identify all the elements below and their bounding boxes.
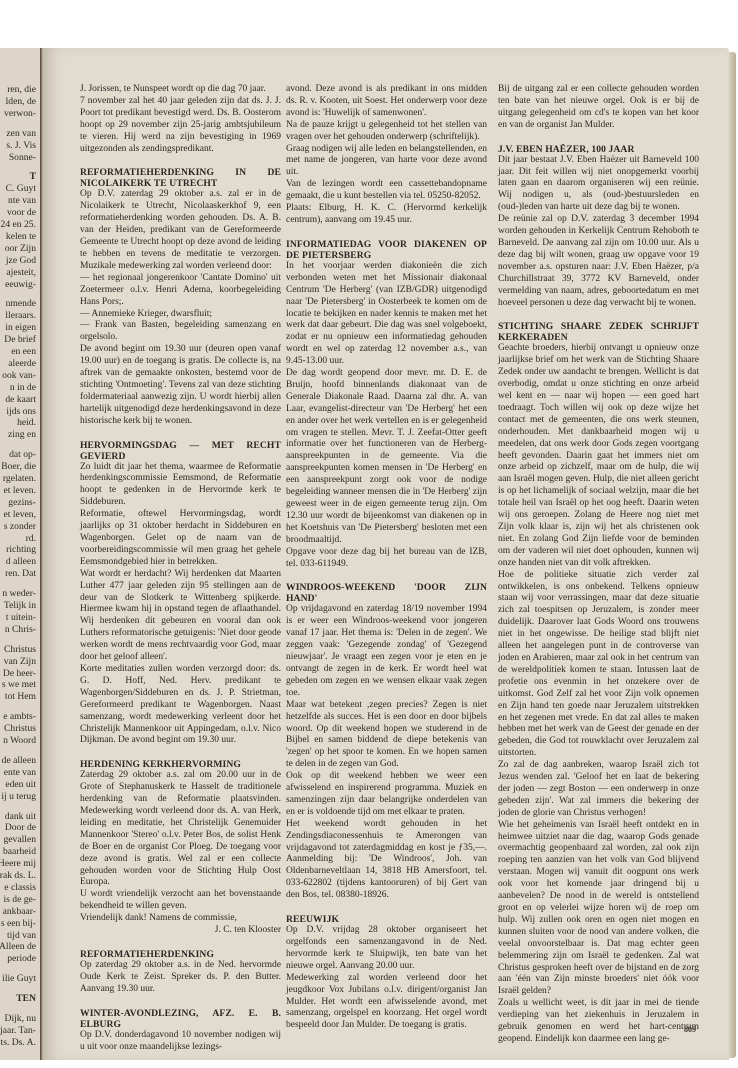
article-paragraph: Van de lezingen wordt een cassettebandop… [286,179,487,203]
article-signature: J. C. ten Klooster [80,925,281,937]
previous-page-text-fragment: ankbaar- [0,906,36,918]
previous-page-text-fragment: Dijk, nu [0,1013,36,1025]
previous-page-text-fragment: Boer, die [0,461,36,473]
article-heading: HERVORMINGSDAG — MET RECHT GEVIERD [80,440,281,462]
article-paragraph: Op D.V. vrijdag 28 oktober organiseert h… [286,925,487,973]
article-paragraph: Reformatie, oftewel Hervormingsdag, word… [80,509,281,569]
article-paragraph: U wordt vriendelijk verzocht aan het bov… [80,889,281,913]
previous-page-text-fragment: n Woord [0,735,36,747]
article-paragraph: 7 november zal het 40 jaar geleden zijn … [80,96,281,156]
article-heading: WINDROOS-WEEKEND 'DOOR ZIJN HAND' [286,582,487,604]
previous-page-text-fragment: n in de [0,382,36,394]
previous-page-text-fragment: zen van [0,128,36,140]
previous-page-text-fragment: n weder- [0,588,36,600]
article-paragraph: De dag wordt geopend door mevr. mr. D. E… [286,368,487,547]
previous-page-text-fragment: ren, die [0,84,36,96]
article-paragraph: Dit jaar bestaat J.V. Eben Haëzer uit Ba… [498,155,699,215]
article-paragraph: Vriendelijk dank! Namens de commissie, [80,913,281,925]
previous-page-edge: ren, dielden, deverwon-zen vans. J. VisS… [0,48,41,1060]
previous-page-text-fragment: eden uit [0,779,36,791]
previous-page-text-fragment: t uitein- [0,612,36,624]
newspaper-page: J. Jorissen, te Nunspeet wordt op die da… [43,48,729,1060]
previous-page-text-fragment: s we met [0,679,36,691]
previous-page-text-fragment: Telijk in [0,600,36,612]
previous-page-text-fragment: s een bij- [0,918,36,930]
previous-page-text-fragment: nmende [0,298,36,310]
previous-page-text-fragment: is de ge- [0,894,36,906]
previous-page-text-fragment: van Zijn [0,656,36,668]
previous-page-text-fragment: Heere mij [0,858,36,870]
article-heading: INFORMATIEDAG VOOR DIAKENEN OP DE PIETER… [286,239,487,261]
previous-page-heading-fragment: T [0,171,36,183]
previous-page-text-fragment: De brief [0,334,36,346]
previous-page-text-fragment: lden, de [0,96,36,108]
previous-page-text-fragment: e classis [0,882,36,894]
article-paragraph: avond. Deze avond is als predikant in on… [286,84,487,120]
previous-page-text-fragment: ts. Ds. A. [0,1037,36,1049]
article-paragraph: Medewerking zal worden verleend door het… [286,973,487,1033]
previous-page-heading-fragment: TEN [0,993,36,1005]
article-paragraph: De reünie zal op D.V. zaterdag 3 decembe… [498,214,699,309]
previous-page-text-fragment: gevallen [0,834,36,846]
article-heading: WINTER-AVONDLEZING, afz. E. B. Elburg [80,1008,281,1030]
article-paragraph: Hoe de politieke situatie zich verder za… [498,570,699,761]
article-heading: REEUWIJK [286,914,487,925]
article-paragraph: Ook op dit weekend hebben we weer een af… [286,771,487,819]
previous-page-text-fragment: De heer- [0,668,36,680]
column-3: Bij de uitgang zal er een collecte gehou… [498,84,699,1046]
article-paragraph: Korte meditaties zullen worden verzorgd … [80,664,281,747]
previous-page-text-fragment: e ambts- [0,711,36,723]
article-paragraph: Op zaterdag 29 oktober a.s. in de Ned. h… [80,960,281,996]
previous-page-text-fragment: Christus [0,644,36,656]
article-paragraph: J. Jorissen, te Nunspeet wordt op die da… [80,84,281,96]
previous-page-text-fragment: rak ds. L. [0,870,36,882]
previous-page-text-fragment: C. Guyt [0,183,36,195]
previous-page-text-fragment: tot Hem [0,691,36,703]
article-paragraph: In het voorjaar werden diakonieën die zi… [286,261,487,368]
previous-page-text-fragment: ij u terug [0,791,36,803]
article-paragraph: Geachte broeders, hierbij ontvangt u opn… [498,343,699,569]
previous-page-text-fragment: ijds ons [0,406,36,418]
previous-page-text-fragment: aleerde [0,358,36,370]
page-number: 809 [684,1025,696,1034]
article-paragraph: Zo zal de dag aanbreken, waarop Israël z… [498,760,699,820]
article-heading: REFORMATIEHERDENKING [80,949,281,960]
article-paragraph: Opgave voor deze dag bij het bureau van … [286,547,487,571]
previous-page-text-fragment: et leven, [0,509,36,521]
previous-page-text-fragment: tijd van [0,930,36,942]
previous-page-text-fragment: oor Zijn [0,243,36,255]
article-paragraph: Zo luidt dit jaar het thema, waarmee de … [80,462,281,510]
article-paragraph: Bij de uitgang zal er een collecte gehou… [498,84,699,132]
previous-page-text-fragment: jaar. Tan- [0,1025,36,1037]
article-paragraph: Plaats: Elburg, H. K. C. (Hervormd kerke… [286,203,487,227]
article-heading: STICHTING SHAARE ZEDEK SCHRIJFT KERKERAD… [498,321,699,343]
previous-page-text-fragment: dank uit [0,811,36,823]
previous-page-text-fragment: ente van [0,767,36,779]
previous-page-text-fragment: ook van- [0,370,36,382]
article-heading: HERDENING KERKHERVORMING [80,759,281,770]
article-paragraph: Graag nodigen wij alle leden en belangst… [286,144,487,180]
previous-page-text-fragment: ren. Dat [0,568,36,580]
article-paragraph: Wat wordt er herdacht? Wij herdenken dat… [80,569,281,664]
previous-page-text-fragment: lleraars. [0,310,36,322]
previous-page-text-fragment: periode [0,953,36,965]
previous-page-text-fragment: dat op- [0,449,36,461]
previous-page-text-fragment: ajesteit, [0,267,36,279]
article-paragraph: Zoals u wellicht weet, is dit jaar in me… [498,998,699,1046]
previous-page-text-fragment: Christus [0,723,36,735]
previous-page-text-fragment: baarheid [0,846,36,858]
previous-page-text-fragment: nte van [0,195,36,207]
previous-page-text-fragment: kelen te [0,231,36,243]
previous-page-text-fragment: s. J. Vis [0,140,36,152]
article-paragraph: Na de pauze krijgt u gelegenheid tot het… [286,120,487,144]
article-paragraph: Zaterdag 29 oktober a.s. zal om 20.00 uu… [80,770,281,889]
article-paragraph: Op D.V. donderdagavond 10 november nodig… [80,1030,281,1054]
previous-page-text-fragment: gezins- [0,497,36,509]
previous-page-text-fragment: en een [0,346,36,358]
previous-page-text-fragment: n Chris- [0,624,36,636]
article-paragraph: Op D.V. zaterdag 29 oktober a.s. zal er … [80,189,281,272]
previous-page-text-fragment: zing en [0,429,36,441]
article-paragraph: — Annemieke Krieger, dwarsfluit; [80,309,281,321]
article-paragraph: — het regionaal jongerenkoor 'Cantate Do… [80,273,281,309]
column-1: J. Jorissen, te Nunspeet wordt op die da… [80,84,281,1054]
previous-page-text-fragment: Sonne- [0,152,36,164]
previous-page-text-fragment: d alleen [0,556,36,568]
article-paragraph: Het weekend wordt gehouden in het Zendin… [286,819,487,902]
previous-page-text-fragment: rgelaten. [0,473,36,485]
previous-page-text-fragment: et leven. [0,485,36,497]
previous-page-text-fragment: verwon- [0,108,36,120]
previous-page-text-fragment: richting [0,544,36,556]
page-edge [729,52,736,1058]
previous-page-text-fragment: heid. [0,417,36,429]
previous-page-text-fragment: rd. [0,533,36,545]
column-2: avond. Deze avond is als predikant in on… [286,84,487,1032]
previous-page-text-fragment: de alleen [0,755,36,767]
previous-page-text-fragment: de kaart [0,394,36,406]
previous-page-text-fragment: ilie Guyt [0,973,36,985]
article-paragraph: Wie het geheimenis van Israël heeft ontd… [498,820,699,999]
previous-page-text-fragment: s zonder [0,521,36,533]
article-paragraph: — Frank van Basten, begeleiding samenzan… [80,320,281,344]
previous-page-text-fragment: in eigen [0,322,36,334]
previous-page-text-fragment: jze God [0,255,36,267]
previous-page-text-fragment: voor de [0,207,36,219]
article-paragraph: Maar wat betekent ,zegen precies? Zegen … [286,700,487,771]
article-paragraph: Op vrijdagavond en zaterdag 18/19 novemb… [286,604,487,699]
article-heading: J.V. EBEN HAËZER, 100 JAAR [498,144,699,155]
article-paragraph: De avond begint om 19.30 uur (deuren ope… [80,344,281,427]
previous-page-text-fragment: Door de [0,822,36,834]
previous-page-text-fragment: Alleen de [0,941,36,953]
previous-page-text-fragment: 24 en 25. [0,219,36,231]
previous-page-text-fragment: eeuwig- [0,279,36,291]
article-heading: REFORMATIEHERDENKING IN DE NICOLAIKERK T… [80,167,281,189]
